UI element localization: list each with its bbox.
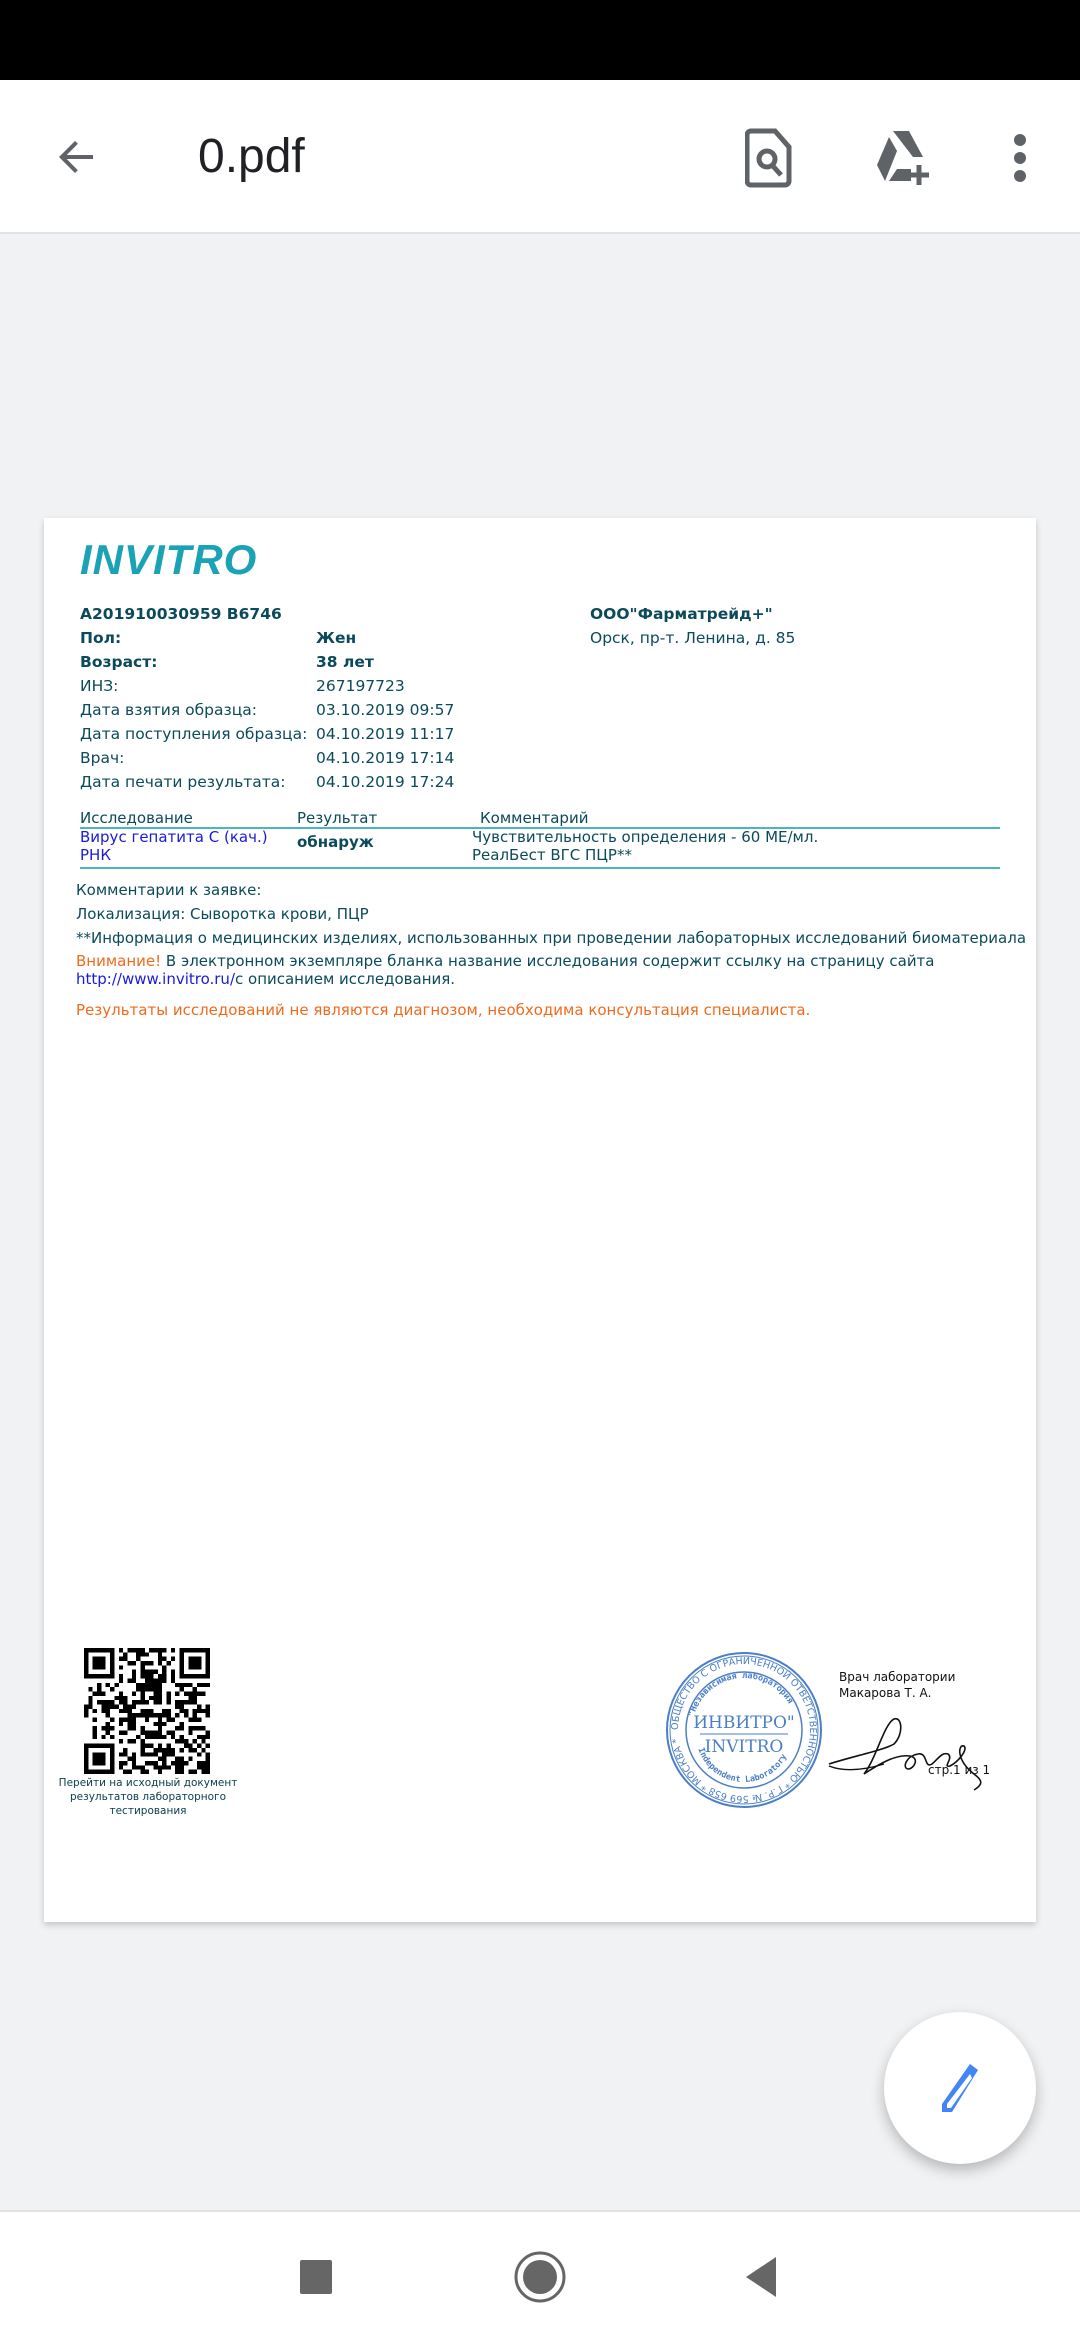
attention-text: В электронном экземпляре бланка название… [161,952,934,970]
home-button[interactable] [500,2242,580,2312]
comment-line2: РеалБест ВГС ПЦР** [472,846,818,864]
page-number: стр.1 из 1 [928,1758,990,1782]
recents-square-icon [300,2260,332,2294]
comments-title: Комментарии к заявке: [76,878,261,902]
more-vert-icon [1013,134,1027,182]
site-link-suffix: с описанием исследования. [235,970,455,988]
test-comment: Чувствительность определения - 60 МЕ/мл.… [472,828,818,864]
field-label: Дата поступления образца: [80,722,307,746]
field-label: Дата печати результата: [80,770,286,794]
doctor-title: Врач лаборатории [839,1669,955,1685]
test-result: обнаруж [297,830,374,854]
field-label: Возраст: [80,650,157,674]
status-bar [0,0,1080,80]
test-name-line1[interactable]: Вирус гепатита С (кач.) [80,828,268,846]
more-options-button[interactable] [984,120,1056,196]
field-value: 04.10.2019 17:14 [316,746,454,770]
find-in-document-button[interactable] [734,120,806,196]
lab-address: Орск, пр-т. Ленина, д. 85 [590,626,795,650]
lab-stamp: ОБЩЕСТВО С ОГРАНИЧЕННОЙ ОТВЕТСТВЕННОСТЬЮ… [664,1650,824,1810]
field-value: 38 лет [316,650,374,674]
add-to-drive-button[interactable] [868,120,940,196]
back-triangle-icon [744,2257,776,2297]
back-nav-button[interactable] [720,2242,800,2312]
lab-name: ООО"Фарматрейд+" [590,602,773,626]
field-value: Жен [316,626,356,650]
order-id: A201910030959 B6746 [80,602,282,626]
app-bar: 0.pdf [0,80,1080,234]
field-label: Дата взятия образца: [80,698,257,722]
doctor-name: Макарова Т. А. [839,1685,955,1701]
field-label: ИНЗ: [80,674,118,698]
field-value: 04.10.2019 11:17 [316,722,454,746]
add-to-drive-icon [873,129,935,187]
info-note: **Информация о медицинских изделиях, исп… [76,926,1026,950]
test-name-link[interactable]: Вирус гепатита С (кач.) РНК [80,828,268,864]
invitro-logo: INVITRO [80,536,257,584]
svg-text:ИНВИТРО": ИНВИТРО" [693,1713,795,1733]
table-bottom-divider [80,867,1000,869]
pdf-viewer[interactable]: INVITRO A201910030959 B6746 ООО"Фарматре… [0,234,1080,2208]
attention-label: Внимание! [76,952,161,970]
home-circle-icon [514,2251,566,2303]
localization: Локализация: Сыворотка крови, ПЦР [76,902,369,926]
file-title: 0.pdf [198,122,305,192]
back-button[interactable] [44,124,110,190]
comment-line1: Чувствительность определения - 60 МЕ/мл. [472,828,818,846]
attention-note: Внимание! В электронном экземпляре бланк… [76,952,935,988]
field-value: 04.10.2019 17:24 [316,770,454,794]
pdf-page: INVITRO A201910030959 B6746 ООО"Фарматре… [44,518,1036,1922]
disclaimer: Результаты исследований не являются диаг… [76,998,810,1022]
field-label: Пол: [80,626,121,650]
system-nav-bar [0,2210,1080,2340]
field-value: 03.10.2019 09:57 [316,698,454,722]
edit-fab[interactable] [884,2012,1036,2164]
edit-pencil-icon [932,2060,988,2116]
svg-text:INVITRO: INVITRO [705,1737,784,1757]
test-name-line2[interactable]: РНК [80,846,268,864]
doctor-signature-block: Врач лаборатории Макарова Т. А. [839,1669,955,1701]
site-link[interactable]: http://www.invitro.ru/ [76,970,235,988]
qr-caption: Перейти на исходный документ результатов… [58,1776,238,1818]
back-arrow-icon [53,133,101,181]
find-in-document-icon [745,128,795,188]
field-value: 267197723 [316,674,405,698]
signature [824,1714,994,1794]
field-label: Врач: [80,746,124,770]
recents-button[interactable] [276,2242,356,2312]
qr-code[interactable] [84,1648,210,1774]
